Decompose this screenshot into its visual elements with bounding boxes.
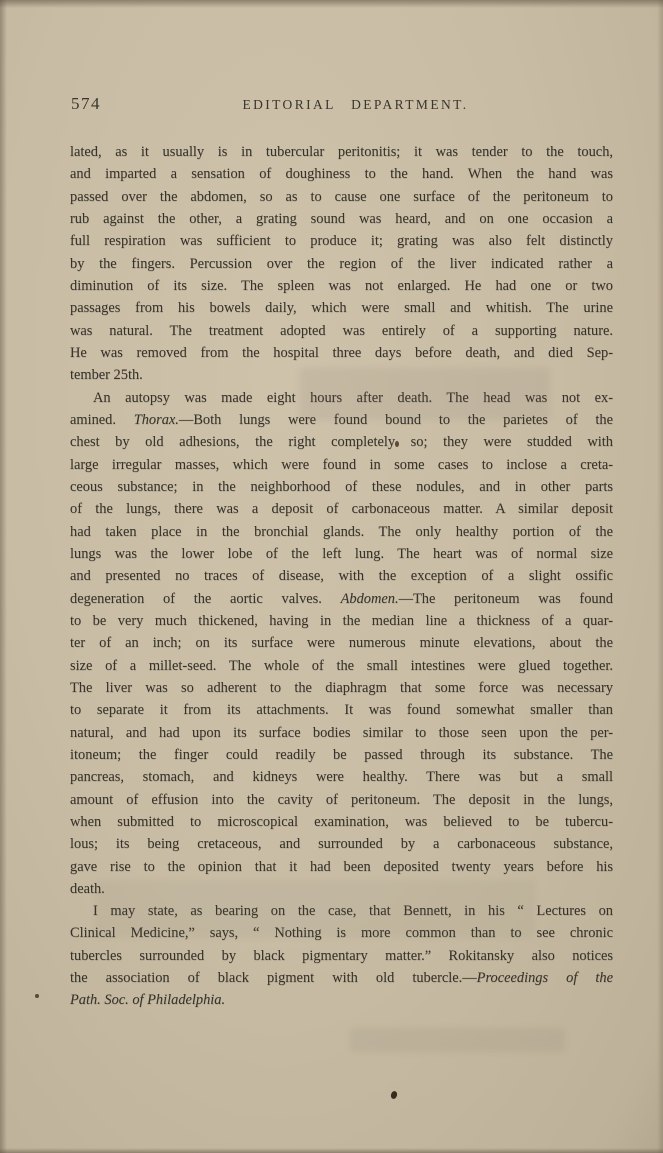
- text-line: amount of effusion into the cavity of pe…: [70, 789, 613, 811]
- text-line: was natural. The treatment adopted was e…: [70, 320, 613, 342]
- text-line: chest by old adhesions, the right comple…: [70, 431, 613, 453]
- body-text: pancreas, stomach, and kidneys were heal…: [70, 769, 613, 785]
- text-line: lous; its being cretaceous, and surround…: [70, 833, 613, 855]
- body-text: size of a millet-seed. The whole of the …: [70, 658, 613, 674]
- body-text: had taken place in the bronchial glands.…: [70, 524, 613, 540]
- text-line: full respiration was sufficient to produ…: [70, 230, 613, 252]
- body-text: diminution of its size. The spleen was n…: [70, 278, 613, 294]
- body-text: amined.: [70, 412, 134, 428]
- ink-speck: [35, 994, 39, 998]
- body-text: He was removed from the hospital three d…: [70, 345, 613, 361]
- body-text: tember 25th.: [70, 367, 143, 383]
- text-line: size of a millet-seed. The whole of the …: [70, 655, 613, 677]
- text-line: and presented no traces of disease, with…: [70, 565, 613, 587]
- text-line: natural, and had upon its surface bodies…: [70, 722, 613, 744]
- body-text: gave rise to the opinion that it had bee…: [70, 859, 613, 875]
- book-page: 574 EDITORIAL DEPARTMENT. lated, as it u…: [0, 0, 663, 1153]
- body-text: to separate it from its attachments. It …: [70, 702, 613, 718]
- text-line: when submitted to microscopical examinat…: [70, 811, 613, 833]
- body-text: —The peritoneum was found: [399, 591, 613, 607]
- body-text: tubercles surrounded by black pigmentary…: [70, 948, 613, 964]
- text-line: by the fingers. Percussion over the regi…: [70, 253, 613, 275]
- body-text: and presented no traces of disease, with…: [70, 568, 613, 584]
- italic-text: Path. Soc. of Philadelphia.: [70, 992, 225, 1008]
- body-text: the association of black pigment with ol…: [70, 970, 477, 986]
- text-line: The liver was so adherent to the diaphra…: [70, 677, 613, 699]
- body-text: when submitted to microscopical examinat…: [70, 814, 613, 830]
- text-line: lated, as it usually is in tubercular pe…: [70, 141, 613, 163]
- page-number: 574: [71, 94, 101, 114]
- body-text: chest by old adhesions, the right comple…: [70, 434, 613, 450]
- body-text: The liver was so adherent to the diaphra…: [70, 680, 613, 696]
- text-line: the association of black pigment with ol…: [70, 967, 613, 989]
- text-line: tubercles surrounded by black pigmentary…: [70, 945, 613, 967]
- text-line: diminution of its size. The spleen was n…: [70, 275, 613, 297]
- body-text: passages from his bowels daily, which we…: [70, 300, 613, 316]
- body-text: to be very much thickened, having in the…: [70, 613, 613, 629]
- body-text: ceous substance; in the neighborhood of …: [70, 479, 613, 495]
- body-text: lous; its being cretaceous, and surround…: [70, 836, 613, 852]
- text-line: ceous substance; in the neighborhood of …: [70, 476, 613, 498]
- text-line: itoneum; the finger could readily be pas…: [70, 744, 613, 766]
- text-line: Path. Soc. of Philadelphia.: [70, 989, 613, 1011]
- body-text: and imparted a sensation of doughiness t…: [70, 166, 613, 182]
- italic-text: Abdomen.: [341, 591, 399, 607]
- body-text: amount of effusion into the cavity of pe…: [70, 792, 613, 808]
- body-text: lated, as it usually is in tubercular pe…: [70, 144, 613, 160]
- italic-text: Thorax.: [134, 412, 179, 428]
- text-line: degeneration of the aortic valves. Abdom…: [70, 588, 613, 610]
- ink-speck: [390, 1090, 398, 1099]
- text-line: and imparted a sensation of doughiness t…: [70, 163, 613, 185]
- body-text: degeneration of the aortic valves.: [70, 591, 341, 607]
- text-line: rub against the other, a grating sound w…: [70, 208, 613, 230]
- text-line: ter of an inch; on its surface were nume…: [70, 632, 613, 654]
- italic-text: Proceedings of the: [477, 970, 613, 986]
- text-line: had taken place in the bronchial glands.…: [70, 521, 613, 543]
- body-text: natural, and had upon its surface bodies…: [70, 725, 613, 741]
- body-text: of the lungs, there was a deposit of car…: [70, 501, 613, 517]
- body-text: passed over the abdomen, so as to cause …: [70, 189, 613, 205]
- body-text: by the fingers. Percussion over the regi…: [70, 256, 613, 272]
- body-text: itoneum; the finger could readily be pas…: [70, 747, 613, 763]
- text-line: to be very much thickened, having in the…: [70, 610, 613, 632]
- show-through: [95, 880, 535, 938]
- text-line: large irregular masses, which were found…: [70, 454, 613, 476]
- text-line: to separate it from its attachments. It …: [70, 699, 613, 721]
- text-line: gave rise to the opinion that it had bee…: [70, 856, 613, 878]
- body-text: ter of an inch; on its surface were nume…: [70, 635, 613, 651]
- running-head-title: EDITORIAL DEPARTMENT.: [242, 97, 468, 113]
- text-line: He was removed from the hospital three d…: [70, 342, 613, 364]
- body-text: large irregular masses, which were found…: [70, 457, 613, 473]
- text-line: of the lungs, there was a deposit of car…: [70, 498, 613, 520]
- show-through: [350, 1028, 565, 1052]
- body-text: lungs was the lower lobe of the left lun…: [70, 546, 613, 562]
- running-header: 574 EDITORIAL DEPARTMENT.: [70, 94, 613, 116]
- text-line: passages from his bowels daily, which we…: [70, 297, 613, 319]
- body-text: full respiration was sufficient to produ…: [70, 233, 613, 249]
- text-line: passed over the abdomen, so as to cause …: [70, 186, 613, 208]
- ink-speck: [395, 441, 399, 447]
- text-line: pancreas, stomach, and kidneys were heal…: [70, 766, 613, 788]
- body-text: was natural. The treatment adopted was e…: [70, 323, 613, 339]
- show-through: [300, 368, 550, 420]
- body-text: rub against the other, a grating sound w…: [70, 211, 613, 227]
- text-line: lungs was the lower lobe of the left lun…: [70, 543, 613, 565]
